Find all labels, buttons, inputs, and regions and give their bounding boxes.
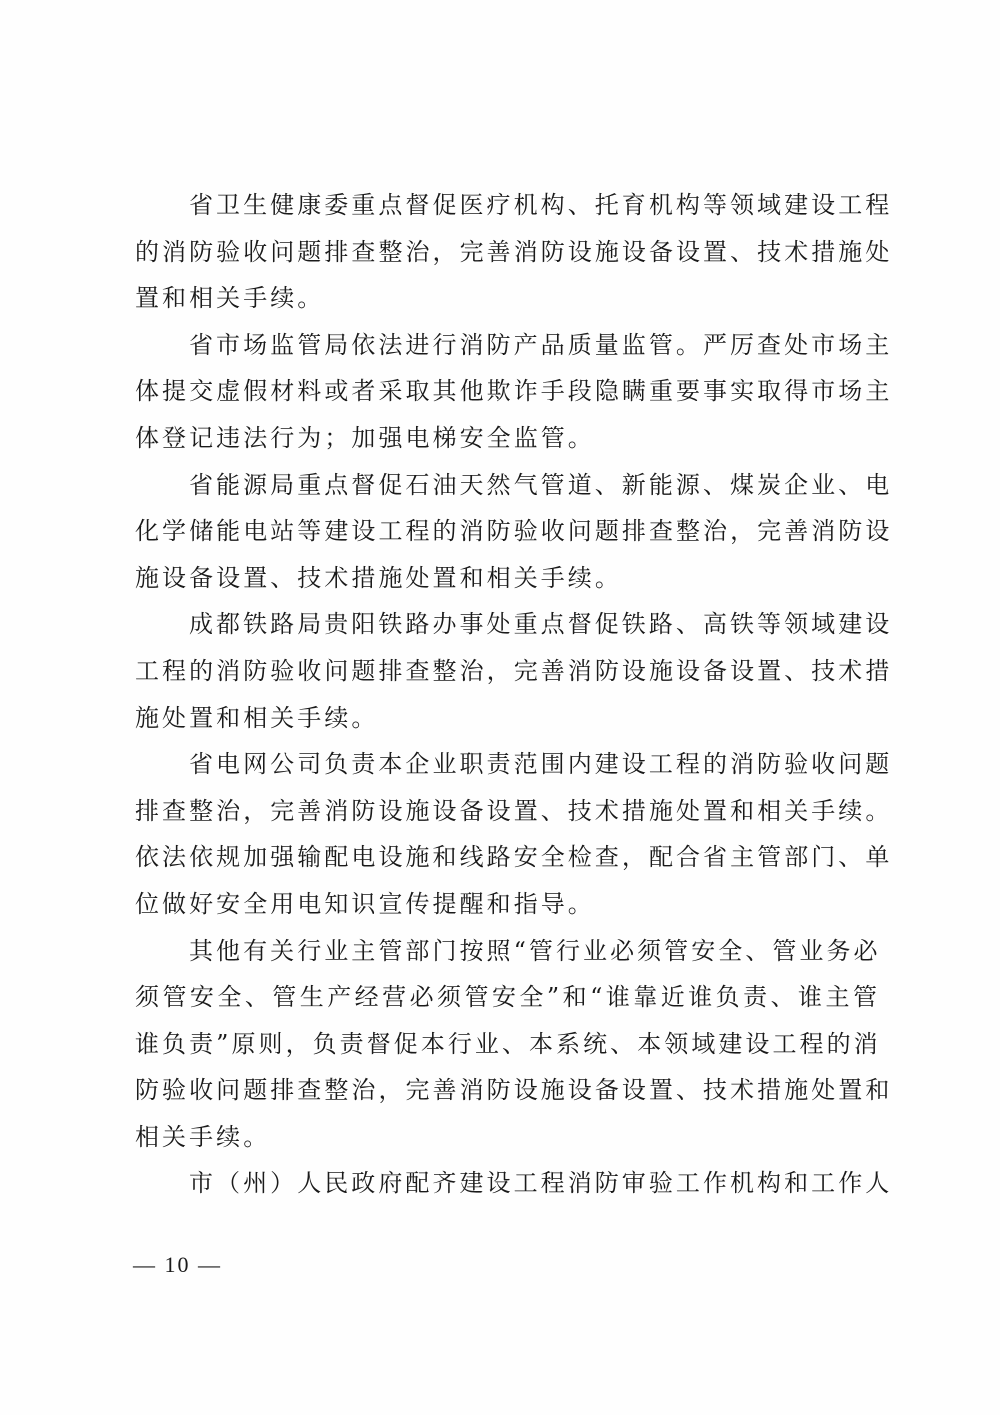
paragraph-power-grid: 省电网公司负责本企业职责范围内建设工程的消防验收问题 排查整治，完善消防设施设备… — [135, 741, 880, 927]
text-line: 体提交虚假材料或者采取其他欺诈手段隐瞒重要事实取得市场主 — [135, 368, 880, 415]
text-line: 省市场监管局依法进行消防产品质量监管。严厉查处市场主 — [135, 322, 880, 369]
text-line: 置和相关手续。 — [135, 275, 880, 322]
paragraph-energy-bureau: 省能源局重点督促石油天然气管道、新能源、煤炭企业、电 化学储能电站等建设工程的消… — [135, 462, 880, 602]
paragraph-railway-office: 成都铁路局贵阳铁路办事处重点督促铁路、高铁等领域建设 工程的消防验收问题排查整治… — [135, 601, 880, 741]
text-line: 省电网公司负责本企业职责范围内建设工程的消防验收问题 — [135, 741, 880, 788]
text-line: 依法依规加强输配电设施和线路安全检查，配合省主管部门、单 — [135, 834, 880, 881]
text-line: 体登记违法行为；加强电梯安全监管。 — [135, 415, 880, 462]
text-line: 位做好安全用电知识宣传提醒和指导。 — [135, 881, 880, 928]
text-line: 的消防验收问题排查整治，完善消防设施设备设置、技术措施处 — [135, 229, 880, 276]
text-line: 其他有关行业主管部门按照“管行业必须管安全、管业务必 — [135, 928, 880, 975]
paragraph-health-commission: 省卫生健康委重点督促医疗机构、托育机构等领域建设工程 的消防验收问题排查整治，完… — [135, 182, 880, 322]
paragraph-city-government: 市（州）人民政府配齐建设工程消防审验工作机构和工作人 — [135, 1160, 880, 1207]
text-line: 须管安全、管生产经营必须管安全”和“谁靠近谁负责、谁主管 — [135, 974, 880, 1021]
text-line: 成都铁路局贵阳铁路办事处重点督促铁路、高铁等领域建设 — [135, 601, 880, 648]
text-line: 省能源局重点督促石油天然气管道、新能源、煤炭企业、电 — [135, 462, 880, 509]
paragraph-market-supervision: 省市场监管局依法进行消防产品质量监管。严厉查处市场主 体提交虚假材料或者采取其他… — [135, 322, 880, 462]
text-line: 施设备设置、技术措施处置和相关手续。 — [135, 555, 880, 602]
text-line: 施处置和相关手续。 — [135, 695, 880, 742]
text-line: 谁负责”原则，负责督促本行业、本系统、本领域建设工程的消 — [135, 1021, 880, 1068]
text-line: 市（州）人民政府配齐建设工程消防审验工作机构和工作人 — [135, 1160, 880, 1207]
paragraph-other-departments: 其他有关行业主管部门按照“管行业必须管安全、管业务必 须管安全、管生产经营必须管… — [135, 928, 880, 1161]
document-page: 省卫生健康委重点督促医疗机构、托育机构等领域建设工程 的消防验收问题排查整治，完… — [0, 0, 1000, 1415]
text-line: 工程的消防验收问题排查整治，完善消防设施设备设置、技术措 — [135, 648, 880, 695]
document-body: 省卫生健康委重点督促医疗机构、托育机构等领域建设工程 的消防验收问题排查整治，完… — [135, 182, 880, 1207]
text-line: 省卫生健康委重点督促医疗机构、托育机构等领域建设工程 — [135, 182, 880, 229]
text-line: 相关手续。 — [135, 1114, 880, 1161]
text-line: 防验收问题排查整治，完善消防设施设备设置、技术措施处置和 — [135, 1067, 880, 1114]
text-line: 排查整治，完善消防设施设备设置、技术措施处置和相关手续。 — [135, 788, 880, 835]
page-number: — 10 — — [133, 1252, 222, 1278]
text-line: 化学储能电站等建设工程的消防验收问题排查整治，完善消防设 — [135, 508, 880, 555]
